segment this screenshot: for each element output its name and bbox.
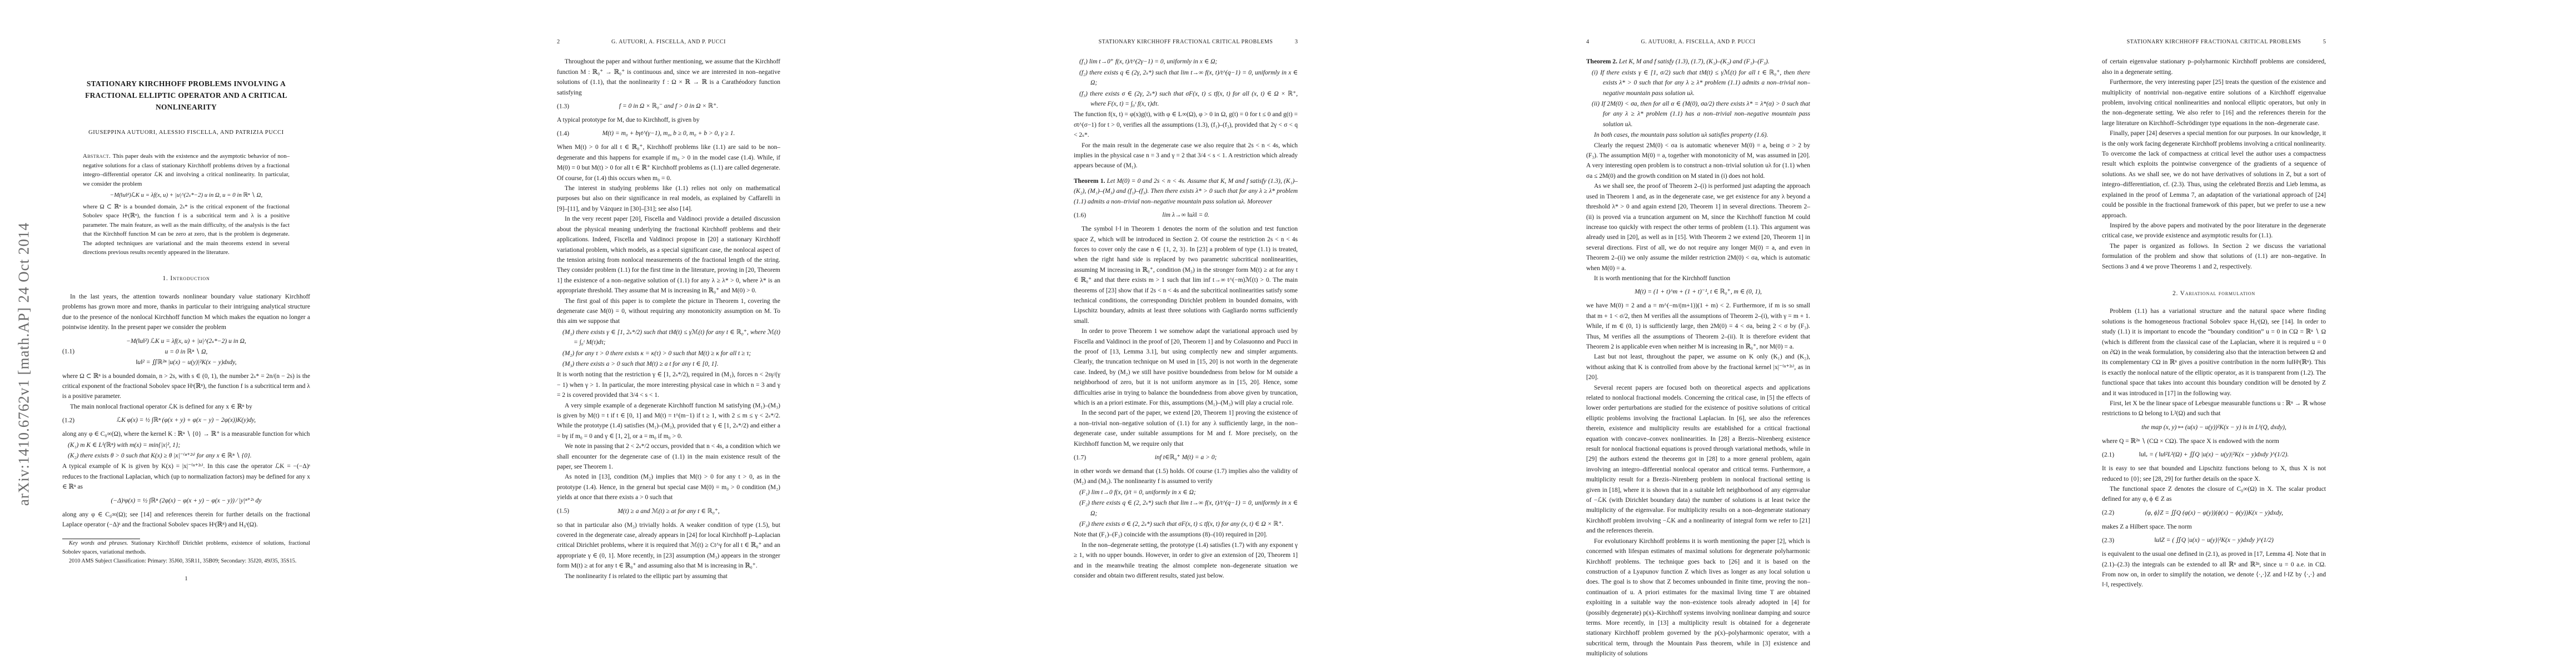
text-run: The function f(x, t) = φ(x)g(t), with φ … bbox=[1074, 111, 1298, 138]
text-run: along any φ ∈ C₀∞(Ω), where the kernel K… bbox=[62, 431, 310, 437]
paragraph: so that in particular also (M₃) triviall… bbox=[557, 520, 780, 571]
text-run: lim λ→∞ ‖uλ‖ = 0. bbox=[1162, 212, 1209, 218]
display-equation: the map (x, y) ↦ (u(x) − u(y))²K(x − y) … bbox=[2102, 422, 2326, 433]
equation-tag: (1.5) bbox=[557, 506, 569, 517]
text-run: Problem (1.1) has a variational structur… bbox=[2102, 308, 2326, 396]
text-run: In the last years, the attention towards… bbox=[62, 293, 310, 331]
list-item: (f₁) lim t→0⁺ f(x, t)/t^(2γ−1) = 0, unif… bbox=[1074, 57, 1298, 67]
text-run: In the very recent paper [20], Fiscella … bbox=[557, 216, 780, 294]
block-label: (K₁) bbox=[68, 442, 80, 449]
footnote: Key words and phrases. Stationary Kirchh… bbox=[62, 539, 310, 557]
display-equation: (2.1)‖u‖ₓ = ( ‖u‖²L²(Ω) + ∬Q |u(x) − u(y… bbox=[2102, 450, 2326, 460]
paragraph: where Q = ℝ²ⁿ ∖ (CΩ × CΩ). The space X i… bbox=[2102, 436, 2326, 446]
running-head: 4G. AUTUORI, A. FISCELLA, AND P. PUCCI bbox=[1586, 37, 1810, 47]
equation-tag: (2.1) bbox=[2102, 450, 2114, 460]
paragraph: The main nonlocal fractional operator ℒK… bbox=[62, 402, 310, 412]
text-run: there exists a > 0 such that M(t) ≥ a t … bbox=[576, 361, 719, 367]
paragraph: In the non–degenerate setting, the proto… bbox=[1074, 540, 1298, 581]
text-run: First, let X be the linear space of Lebe… bbox=[2102, 400, 2326, 417]
text-run: A typical example of K is given by K(x) … bbox=[62, 463, 310, 490]
text-run: is equivalent to the usual one defined i… bbox=[2102, 551, 2326, 588]
text-run: there exists γ ∈ [1, 2ₛ*/2) such that tM… bbox=[574, 329, 780, 346]
list-item: (F₂) there exists q ∈ (2, 2ₛ*) such that… bbox=[1074, 498, 1298, 519]
text-run: In the second part of the paper, we exte… bbox=[1074, 410, 1298, 447]
block-label: (f₃) bbox=[1079, 91, 1090, 97]
paragraph: For evolutionary Kirchhoff problems it i… bbox=[1586, 536, 1810, 659]
text-run: so that in particular also (M₃) triviall… bbox=[557, 522, 780, 570]
text-run: the map (x, y) ↦ (u(x) − u(y))²K(x − y) … bbox=[2141, 424, 2286, 431]
section-heading: 2. Variational formulation bbox=[2102, 288, 2326, 298]
text-run: lim t→0⁺ f(x, t)/t^(2γ−1) = 0, uniformly… bbox=[1089, 58, 1218, 65]
list-item: (K₁) m K ∈ L¹(ℝⁿ) with m(x) = min{|x|², … bbox=[62, 440, 310, 450]
text-run: −M(‖u‖²)ℒK u = λf(x, u) + |u|^(2ₛ*−2) u … bbox=[110, 192, 262, 198]
text-run: (−Δ)ˢφ(x) = ½ ∫ℝⁿ (2φ(x) − φ(x + y) − φ(… bbox=[111, 497, 262, 504]
paragraph: Several recent papers are focused both o… bbox=[1586, 383, 1810, 536]
text-run: we have M(0) = 2 and a = m^(−m/(m+1))(1 … bbox=[1586, 302, 1810, 350]
running-head: 2G. AUTUORI, A. FISCELLA, AND P. PUCCI bbox=[557, 37, 780, 47]
paragraph: A very simple example of a degenerate Ki… bbox=[557, 401, 780, 442]
text-run: The symbol ‖·‖ in Theorem 1 denotes the … bbox=[1074, 226, 1298, 325]
paragraph: In order to prove Theorem 1 we somehow a… bbox=[1074, 326, 1298, 408]
block-label: (M₂) bbox=[562, 350, 576, 357]
paragraph: Note that (F₁)–(F₃) coincide with the as… bbox=[1074, 530, 1298, 540]
text-run: Let K, M and f satisfy (1.3), (1.7), (K₁… bbox=[1619, 58, 1770, 65]
text-run: Note that (F₁)–(F₃) coincide with the as… bbox=[1074, 531, 1267, 538]
text-run: The nonlinearity f is related to the ell… bbox=[565, 573, 728, 580]
block-label: (M₁) bbox=[562, 329, 576, 336]
text-run: there exists θ > 0 such that K(x) ≥ θ |x… bbox=[80, 452, 251, 459]
equation-tag: (1.7) bbox=[1074, 452, 1086, 463]
text-run: As we shall see, the proof of Theorem 2–… bbox=[1586, 183, 1810, 271]
text-run: Clearly the request 2M(0) < σa is automa… bbox=[1586, 142, 1810, 180]
paragraph: It is worth mentioning that for the Kirc… bbox=[1586, 273, 1810, 283]
abstract-equation: −M(‖u‖²)ℒK u = λf(x, u) + |u|^(2ₛ*−2) u … bbox=[83, 190, 290, 201]
text-run: there exists σ ∈ (2, 2ₛ*) such that σF(x… bbox=[1092, 521, 1284, 527]
equation-tag: (1.6) bbox=[1074, 210, 1086, 221]
text-run: STATIONARY KIRCHHOFF PROBLEMS INVOLVING … bbox=[85, 79, 287, 111]
block-label: (K₂) bbox=[68, 452, 80, 459]
block-label: (F₁) bbox=[1079, 489, 1092, 496]
paragraph: is equivalent to the usual one defined i… bbox=[2102, 549, 2326, 590]
paragraph: The interest in studying problems like (… bbox=[557, 183, 780, 214]
paragraph: The first goal of this paper is to compl… bbox=[557, 296, 780, 327]
paragraph: The functional space Z denotes the closu… bbox=[2102, 484, 2326, 505]
text-run: there exists σ ∈ (2γ, 2ₛ*) such that σF(… bbox=[1090, 91, 1298, 107]
text-run: M(t) ≥ a and ℳ(t) ≥ at for any t ∈ ℝ₀⁺, bbox=[617, 508, 720, 515]
text-run: Let M(0) = 0 and 2s < n < 4s. Assume tha… bbox=[1074, 178, 1298, 205]
equation-tag: (1.3) bbox=[557, 101, 569, 112]
page-5: STATIONARY KIRCHHOFF FRACTIONAL CRITICAL… bbox=[2102, 0, 2326, 667]
block-label: (F₃) bbox=[1079, 521, 1092, 527]
list-item: (M₂) for any τ > 0 there exists κ = κ(τ)… bbox=[557, 349, 780, 359]
page-3: STATIONARY KIRCHHOFF FRACTIONAL CRITICAL… bbox=[1074, 0, 1298, 667]
running-head-page-number-right: 3 bbox=[1290, 37, 1298, 47]
running-head-title: G. AUTUORI, A. FISCELLA, AND P. PUCCI bbox=[565, 37, 773, 47]
equation-tag: (1.1) bbox=[62, 347, 74, 357]
paragraph: The paper is organized as follows. In Se… bbox=[2102, 241, 2326, 272]
text-run: For evolutionary Kirchhoff problems it i… bbox=[1586, 538, 1810, 657]
paragraph: makes Z a Hilbert space. The norm bbox=[2102, 522, 2326, 532]
text-run: A very simple example of a degenerate Ki… bbox=[557, 402, 780, 440]
text-run: It is worth mentioning that for the Kirc… bbox=[1594, 275, 1730, 282]
text-run: 1 bbox=[185, 575, 188, 582]
text-run: When M(t) > 0 for all t ∈ ℝ₀⁺, Kirchhoff… bbox=[557, 144, 780, 181]
running-head-page-number-left: 2 bbox=[557, 37, 565, 47]
paragraph: of certain eigenvalue stationary p–polyh… bbox=[2102, 57, 2326, 77]
paragraph: As noted in [13], condition (M₂) implies… bbox=[557, 472, 780, 502]
text-run: in other words we demand that (1.5) hold… bbox=[1074, 468, 1298, 485]
display-equation: (1.4)M(t) = m₀ + bγt^(γ−1), m₀, b ≥ 0, m… bbox=[557, 128, 780, 139]
paragraph: Last but not least, throughout the paper… bbox=[1586, 352, 1810, 382]
equation-tag: (1.2) bbox=[62, 415, 74, 426]
text-run: This paper deals with the existence and … bbox=[83, 153, 290, 187]
paragraph: In the second part of the paper, we exte… bbox=[1074, 408, 1298, 449]
paragraph: We note in passing that 2 < 2ₛ*/2 occurs… bbox=[557, 441, 780, 472]
display-equation: (1.1)−M(‖u‖²) ℒK u = λf(x, u) + |u|^(2ₛ*… bbox=[62, 336, 310, 368]
text-run: For the main result in the degenerate ca… bbox=[1074, 142, 1298, 170]
footnote-lead: Key words and phrases. bbox=[69, 540, 131, 546]
text-run: there exists q ∈ (2, 2ₛ*) such that lim … bbox=[1090, 500, 1298, 516]
paragraph: along any φ ∈ C₀∞(Ω), where the kernel K… bbox=[62, 429, 310, 439]
text-run: there exists q ∈ (2γ, 2ₛ*) such that lim… bbox=[1089, 69, 1298, 86]
display-equation: (1.2)ℒK φ(x) = ½ ∫ℝⁿ (φ(x + y) + φ(x − y… bbox=[62, 415, 310, 426]
list-item: (K₂) there exists θ > 0 such that K(x) ≥… bbox=[62, 451, 310, 461]
text-run: where Ω ⊂ ℝⁿ is a bounded domain, n > 2s… bbox=[62, 373, 310, 400]
paragraph: Finally, paper [24] deserves a special m… bbox=[2102, 128, 2326, 221]
text-run: A typical prototype for M, due to Kirchh… bbox=[557, 117, 700, 123]
display-equation: (1.5)M(t) ≥ a and ℳ(t) ≥ at for any t ∈ … bbox=[557, 506, 780, 517]
paragraph: The function f(x, t) = φ(x)g(t), with φ … bbox=[1074, 109, 1298, 140]
equation-tag: (1.4) bbox=[557, 128, 569, 139]
text-run: Furthermore, the very interesting paper … bbox=[2102, 79, 2326, 127]
page-2: 2G. AUTUORI, A. FISCELLA, AND P. PUCCITh… bbox=[557, 0, 780, 667]
text-run: M(t) = m₀ + bγt^(γ−1), m₀, b ≥ 0, m₀ + b… bbox=[602, 130, 735, 137]
page-title: STATIONARY KIRCHHOFF PROBLEMS INVOLVING … bbox=[62, 78, 310, 113]
paragraph: we have M(0) = 2 and a = m^(−m/(m+1))(1 … bbox=[1586, 301, 1810, 352]
list-item: (f₃) there exists σ ∈ (2γ, 2ₛ*) such tha… bbox=[1074, 89, 1298, 109]
block-label: (F₂) bbox=[1079, 500, 1092, 506]
text-run: The functional space Z denotes the closu… bbox=[2102, 486, 2326, 502]
text-run: The main nonlocal fractional operator ℒK… bbox=[70, 404, 252, 410]
page-number: 1 bbox=[62, 574, 310, 584]
theorem-text: In both cases, the mountain pass solutio… bbox=[1586, 130, 1810, 140]
running-head: STATIONARY KIRCHHOFF FRACTIONAL CRITICAL… bbox=[1074, 37, 1298, 47]
text-run: We note in passing that 2 < 2ₛ*/2 occurs… bbox=[557, 443, 780, 470]
paragraph: First, let X be the linear space of Lebe… bbox=[2102, 399, 2326, 419]
text-run: The first goal of this paper is to compl… bbox=[557, 298, 780, 325]
theorem-item: (ii) If 2M(0) < σa, then for all α ∈ (M(… bbox=[1586, 99, 1810, 130]
text-run: M(t) = (1 + t)^m + (1 + t)⁻¹, t ∈ ℝ₀⁺, m… bbox=[1635, 288, 1762, 295]
arxiv-watermark: arXiv:1410.6762v1 [math.AP] 24 Oct 2014 bbox=[16, 222, 33, 506]
section-heading: 1. Introduction bbox=[62, 273, 310, 283]
block-label: (ii) bbox=[1592, 101, 1601, 107]
block-label: (M₃) bbox=[562, 361, 576, 367]
paragraph: Clearly the request 2M(0) < σa is automa… bbox=[1586, 141, 1810, 182]
list-item: (M₃) there exists a > 0 such that M(t) ≥… bbox=[557, 359, 780, 369]
text-run: Inspired by the above papers and motivat… bbox=[2102, 222, 2326, 239]
display-equation: (1.7)inf t∈ℝ₀⁺ M(t) = a > 0; bbox=[1074, 452, 1298, 463]
text-run: 2010 AMS Subject Classification: Primary… bbox=[69, 558, 296, 564]
list-item: (F₁) lim t→0 f(x, t)/t = 0, uniformly in… bbox=[1074, 487, 1298, 497]
block-label: Theorem 1. bbox=[1074, 178, 1107, 185]
footnote: 2010 AMS Subject Classification: Primary… bbox=[62, 557, 310, 566]
text-run: Finally, paper [24] deserves a special m… bbox=[2102, 130, 2326, 218]
paragraph: For the main result in the degenerate ca… bbox=[1074, 141, 1298, 171]
text-run: As noted in [13], condition (M₂) implies… bbox=[557, 474, 780, 501]
theorem: Theorem 1. Let M(0) = 0 and 2s < n < 4s.… bbox=[1074, 176, 1298, 207]
text-run: where Ω ⊂ ℝⁿ is a bounded domain, 2ₛ* is… bbox=[83, 203, 290, 256]
list-item: (F₃) there exists σ ∈ (2, 2ₛ*) such that… bbox=[1074, 519, 1298, 529]
list-item: (M₁) there exists γ ∈ [1, 2ₛ*/2) such th… bbox=[557, 327, 780, 348]
running-head: STATIONARY KIRCHHOFF FRACTIONAL CRITICAL… bbox=[2102, 37, 2326, 47]
paragraph: When M(t) > 0 for all t ∈ ℝ₀⁺, Kirchhoff… bbox=[557, 142, 780, 183]
page-4: 4G. AUTUORI, A. FISCELLA, AND P. PUCCITh… bbox=[1586, 0, 1810, 667]
text-run: −M(‖u‖²) ℒK u = λf(x, u) + |u|^(2ₛ*−2) u… bbox=[126, 338, 246, 366]
paragraph: The symbol ‖·‖ in Theorem 1 denotes the … bbox=[1074, 224, 1298, 326]
abstract-paragraph: Abstract. This paper deals with the exis… bbox=[83, 152, 290, 188]
display-equation: (2.3)‖u‖Z = ( ∬Q |u(x) − u(y)|²K(x − y)d… bbox=[2102, 535, 2326, 546]
text-run: Last but not least, throughout the paper… bbox=[1586, 354, 1810, 381]
paragraph: Inspired by the above papers and motivat… bbox=[2102, 221, 2326, 241]
paragraph: It is easy to see that bounded and Lipsc… bbox=[2102, 464, 2326, 484]
text-run: If there exists γ ∈ [1, σ/2) such that t… bbox=[1600, 69, 1810, 97]
paragraph: in other words we demand that (1.5) hold… bbox=[1074, 466, 1298, 487]
text-run: lim t→0 f(x, t)/t = 0, uniformly in x ∈ … bbox=[1092, 489, 1196, 496]
paragraph: In the last years, the attention towards… bbox=[62, 292, 310, 333]
display-equation: (1.3)f = 0 in Ω × ℝ₀⁻ and f > 0 in Ω × ℝ… bbox=[557, 101, 780, 112]
paragraph: A typical example of K is given by K(x) … bbox=[62, 461, 310, 492]
text-run: In both cases, the mountain pass solutio… bbox=[1594, 132, 1768, 138]
paragraph: The nonlinearity f is related to the ell… bbox=[557, 571, 780, 581]
running-head-title: G. AUTUORI, A. FISCELLA, AND P. PUCCI bbox=[1594, 37, 1802, 47]
paragraph: where Ω ⊂ ℝⁿ is a bounded domain, n > 2s… bbox=[62, 371, 310, 402]
paragraph: As we shall see, the proof of Theorem 2–… bbox=[1586, 181, 1810, 273]
display-equation: (−Δ)ˢφ(x) = ½ ∫ℝⁿ (2φ(x) − φ(x + y) − φ(… bbox=[62, 496, 310, 506]
text-run: GIUSEPPINA AUTUORI, ALESSIO FISCELLA, AN… bbox=[88, 130, 284, 136]
display-equation: (1.6)lim λ→∞ ‖uλ‖ = 0. bbox=[1074, 210, 1298, 221]
display-equation: (2.2)⟨φ, ϕ⟩Z = ∬Q (φ(x) − φ(y))(ϕ(x) − ϕ… bbox=[2102, 508, 2326, 519]
running-head-page-number-left: 4 bbox=[1586, 37, 1594, 47]
running-head-title: STATIONARY KIRCHHOFF FRACTIONAL CRITICAL… bbox=[2110, 37, 2318, 47]
text-run: along any φ ∈ C₀∞(Ω); see [14] and refer… bbox=[62, 511, 310, 528]
text-run: It is worth noting that the restriction … bbox=[557, 371, 780, 399]
text-run: ⟨φ, ϕ⟩Z = ∬Q (φ(x) − φ(y))(ϕ(x) − ϕ(y))K… bbox=[2145, 510, 2283, 516]
text-run: ℒK φ(x) = ½ ∫ℝⁿ (φ(x + y) + φ(x − y) − 2… bbox=[117, 417, 256, 424]
page-1: STATIONARY KIRCHHOFF PROBLEMS INVOLVING … bbox=[62, 0, 310, 667]
block-label: (i) bbox=[1592, 69, 1600, 76]
text-run: The paper is organized as follows. In Se… bbox=[2102, 243, 2326, 270]
text-run: where Q = ℝ²ⁿ ∖ (CΩ × CΩ). The space X i… bbox=[2102, 438, 2279, 445]
text-run: It is easy to see that bounded and Lipsc… bbox=[2102, 465, 2326, 482]
text-run: of certain eigenvalue stationary p–polyh… bbox=[2102, 58, 2326, 75]
text-run: for any τ > 0 there exists κ = κ(τ) > 0 … bbox=[576, 350, 751, 357]
paragraph: Throughout the paper and without further… bbox=[557, 57, 780, 98]
equation-tag: (2.3) bbox=[2102, 535, 2114, 546]
abstract-paragraph: where Ω ⊂ ℝⁿ is a bounded domain, 2ₛ* is… bbox=[83, 202, 290, 257]
display-equation: M(t) = (1 + t)^m + (1 + t)⁻¹, t ∈ ℝ₀⁺, m… bbox=[1586, 287, 1810, 297]
theorem-item: (i) If there exists γ ∈ [1, σ/2) such th… bbox=[1586, 68, 1810, 98]
paragraph: It is worth noting that the restriction … bbox=[557, 370, 780, 400]
text-run: In order to prove Theorem 1 we somehow a… bbox=[1074, 328, 1298, 406]
text-run: Throughout the paper and without further… bbox=[557, 58, 780, 96]
block-label: Abstract. bbox=[83, 153, 113, 160]
text-run: inf t∈ℝ₀⁺ M(t) = a > 0; bbox=[1155, 454, 1217, 461]
block-label: (f₁) bbox=[1079, 58, 1089, 65]
text-run: 1. Introduction bbox=[162, 275, 210, 282]
running-head-title: STATIONARY KIRCHHOFF FRACTIONAL CRITICAL… bbox=[1082, 37, 1290, 47]
paragraph: In the very recent paper [20], Fiscella … bbox=[557, 214, 780, 296]
paragraph: Furthermore, the very interesting paper … bbox=[2102, 77, 2326, 128]
paragraph: Problem (1.1) has a variational structur… bbox=[2102, 306, 2326, 399]
paragraph: A typical prototype for M, due to Kirchh… bbox=[557, 115, 780, 125]
running-head-page-number-right: 5 bbox=[2318, 37, 2326, 47]
text-run: The interest in studying problems like (… bbox=[557, 185, 780, 212]
text-run: m K ∈ L¹(ℝⁿ) with m(x) = min{|x|², 1}; bbox=[80, 442, 180, 449]
block-label: Theorem 2. bbox=[1586, 58, 1619, 65]
text-run: Several recent papers are focused both o… bbox=[1586, 385, 1810, 535]
block-label: (f₂) bbox=[1079, 69, 1089, 76]
text-run: ‖u‖ₓ = ( ‖u‖²L²(Ω) + ∬Q |u(x) − u(y)|²K(… bbox=[2139, 451, 2289, 458]
list-item: (f₂) there exists q ∈ (2γ, 2ₛ*) such tha… bbox=[1074, 68, 1298, 88]
authors-line: GIUSEPPINA AUTUORI, ALESSIO FISCELLA, AN… bbox=[62, 128, 310, 138]
text-run: ‖u‖Z = ( ∬Q |u(x) − u(y)|²K(x − y)dxdy )… bbox=[2154, 537, 2274, 544]
text-run: If 2M(0) < σa, then for all α ∈ (M(0), σ… bbox=[1601, 101, 1810, 128]
text-run: In the non–degenerate setting, the proto… bbox=[1074, 542, 1298, 579]
paragraph: along any φ ∈ C₀∞(Ω); see [14] and refer… bbox=[62, 510, 310, 530]
text-run: makes Z a Hilbert space. The norm bbox=[2102, 524, 2192, 530]
equation-tag: (2.2) bbox=[2102, 508, 2114, 519]
theorem: Theorem 2. Let K, M and f satisfy (1.3),… bbox=[1586, 57, 1810, 67]
text-run: f = 0 in Ω × ℝ₀⁻ and f > 0 in Ω × ℝ⁺. bbox=[619, 103, 718, 109]
text-run: 2. Variational formulation bbox=[2173, 290, 2255, 297]
